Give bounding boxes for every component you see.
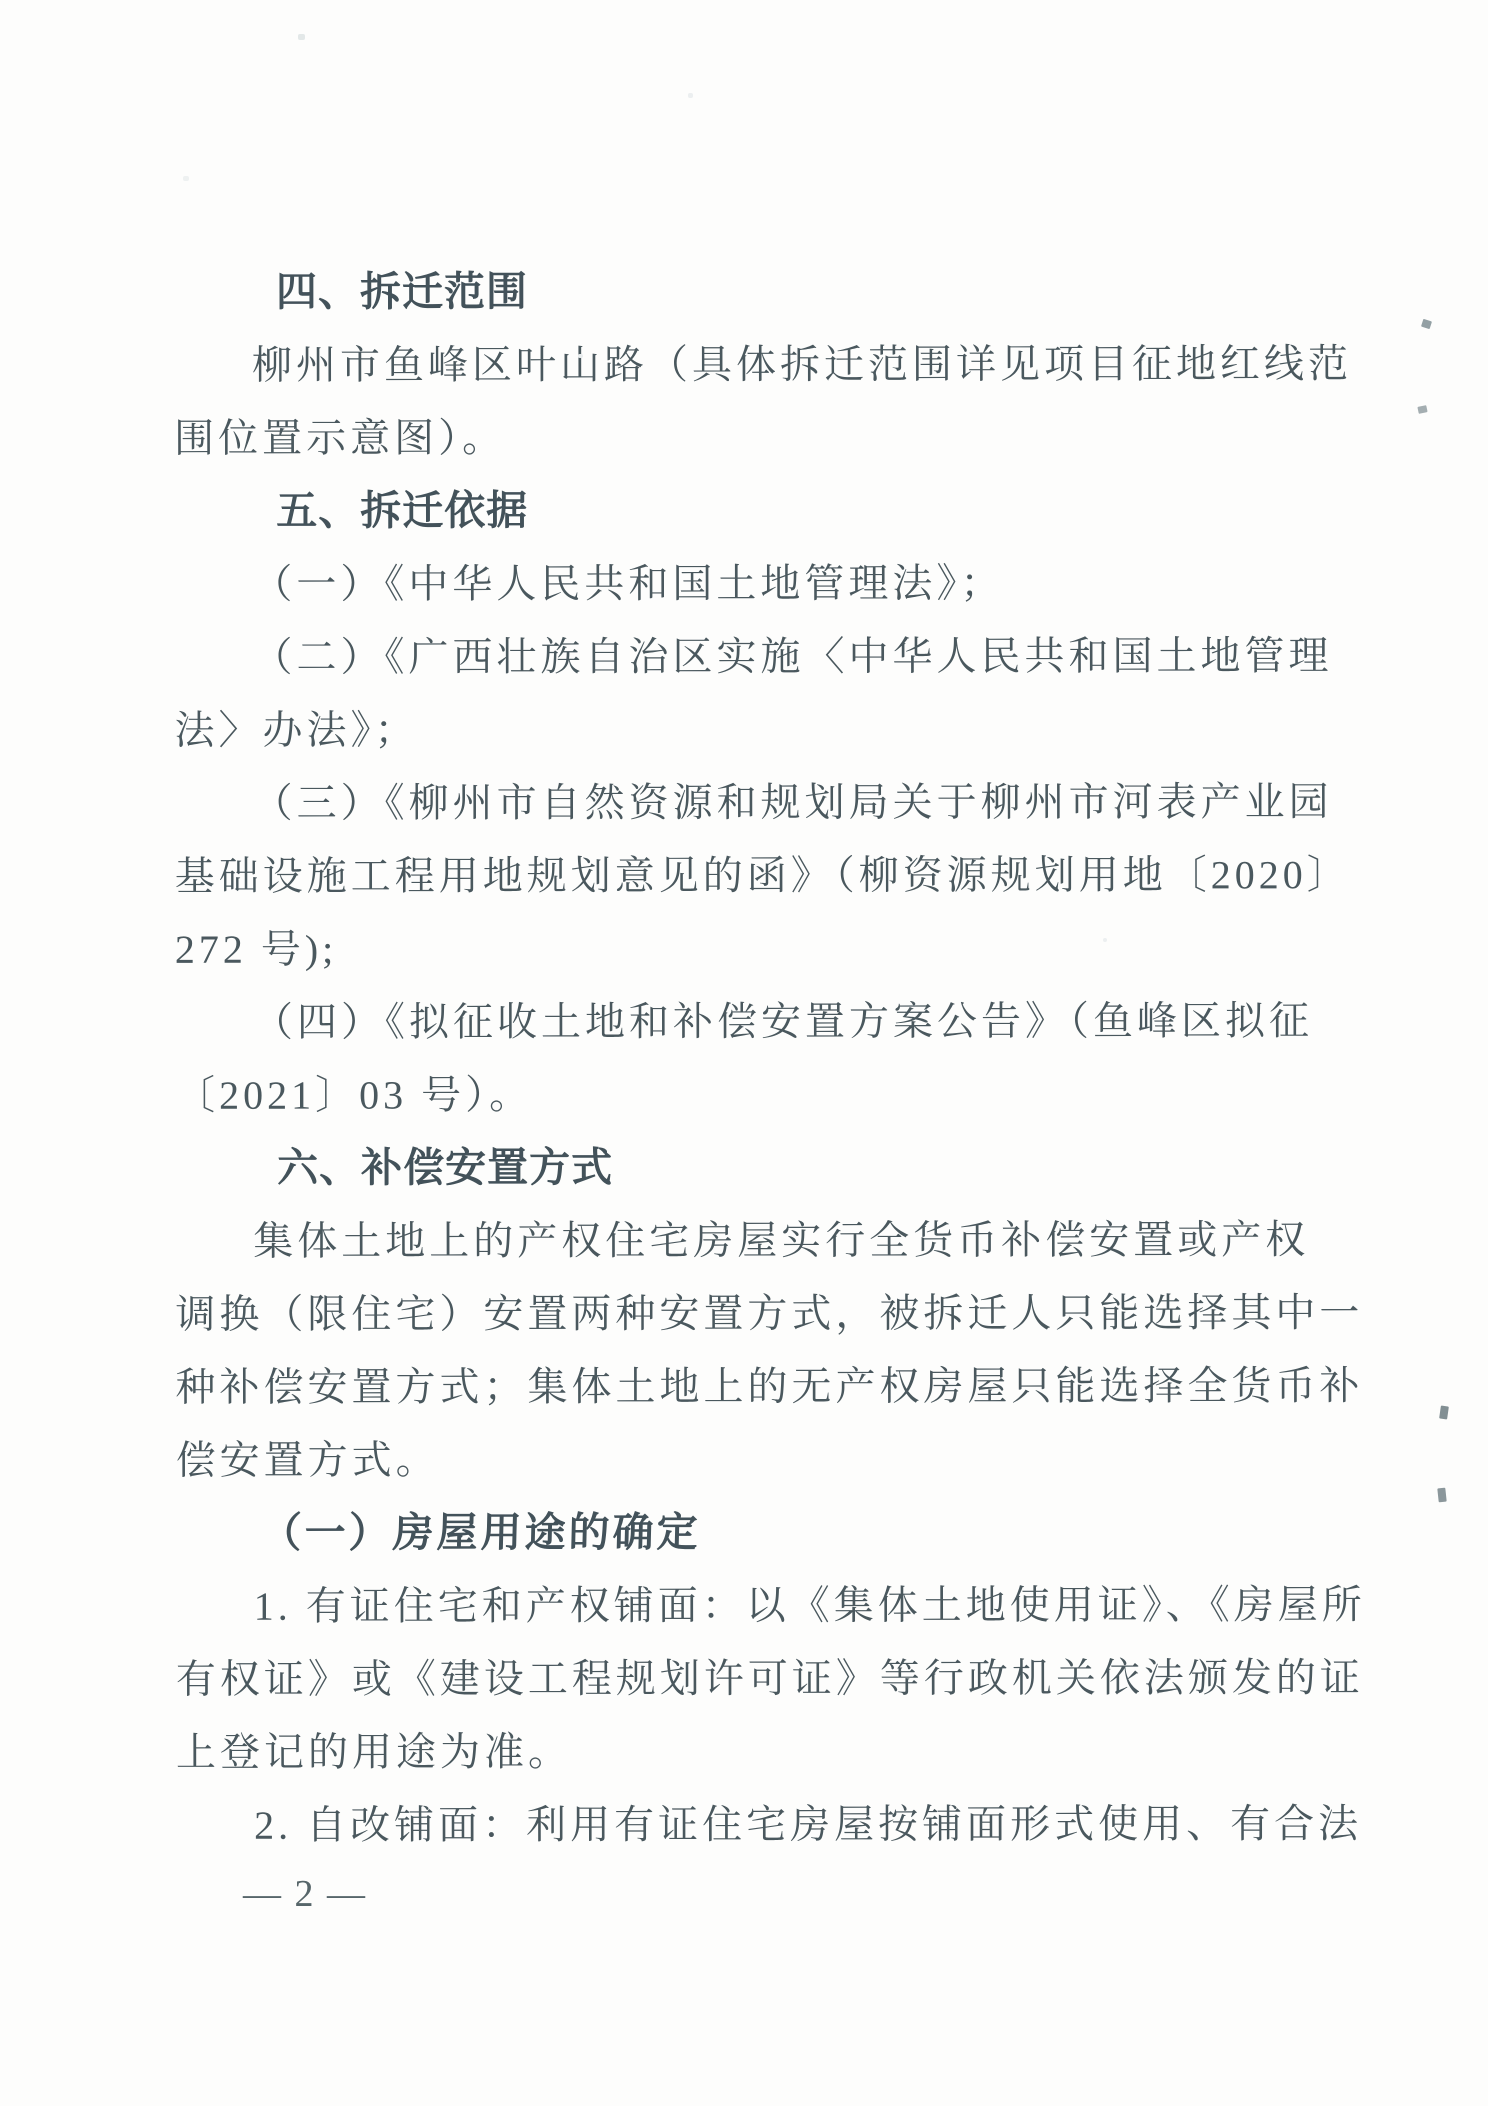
paragraph-basis-item-1: （一）《中华人民共和国土地管理法》； [174,546,1359,621]
text-line: 种补偿安置方式；集体土地上的无产权房屋只能选择全货币补 [175,1349,1360,1424]
text-line: 偿安置方式。 [176,1422,1361,1497]
section-heading-compensation-method: 六、补偿安置方式 [175,1130,1360,1205]
text-line: （四）《拟征收土地和补偿安置方案公告》（鱼峰区拟征 [175,984,1360,1059]
text-line: 柳州市鱼峰区叶山路（具体拆迁范围详见项目征地红线范 [174,327,1359,402]
paragraph-basis-item-2: （二）《广西壮族自治区实施〈中华人民共和国土地管理 法〉办法》； [174,619,1359,767]
text-line: 围位置示意图）。 [174,400,1359,475]
paragraph-compensation-method: 集体土地上的产权住宅房屋实行全货币补偿安置或产权 调换（限住宅）安置两种安置方式… [175,1203,1360,1497]
text-line: 1. 有证住宅和产权铺面：以《集体土地使用证》、《房屋所 [176,1568,1361,1643]
sub-heading-text: （一）房屋用途的确定 [176,1495,1363,1570]
document-content: 四、拆迁范围 柳州市鱼峰区叶山路（具体拆迁范围详见项目征地红线范 围位置示意图）… [174,254,1361,1862]
text-line: 272 号); [175,911,1360,986]
section-heading-demolition-scope: 四、拆迁范围 [174,254,1359,329]
text-line: 集体土地上的产权住宅房屋实行全货币补偿安置或产权 [175,1203,1360,1278]
scan-speck [183,176,189,181]
scan-speck [1437,1488,1446,1503]
scanned-document-page: 四、拆迁范围 柳州市鱼峰区叶山路（具体拆迁范围详见项目征地红线范 围位置示意图）… [0,0,1488,2106]
scan-speck [1421,319,1432,329]
text-line: 2. 自改铺面：利用有证住宅房屋按铺面形式使用、有合法 [176,1787,1361,1862]
heading-text: 四、拆迁范围 [174,254,1359,329]
sub-heading-house-usage-determination: （一）房屋用途的确定 [176,1495,1361,1570]
heading-text: 五、拆迁依据 [174,473,1359,548]
page-number: — 2 — [243,1872,367,1916]
scan-speck [688,93,693,98]
text-line: 有权证》或《建设工程规划许可证》等行政机关依法颁发的证 [176,1641,1361,1716]
paragraph-usage-item-1: 1. 有证住宅和产权铺面：以《集体土地使用证》、《房屋所 有权证》或《建设工程规… [176,1568,1361,1789]
paragraph-demolition-scope: 柳州市鱼峰区叶山路（具体拆迁范围详见项目征地红线范 围位置示意图）。 [174,327,1359,475]
text-line: （三）《柳州市自然资源和规划局关于柳州市河表产业园 [175,765,1360,840]
scan-speck [298,34,305,40]
text-line: 〔2021〕03 号）。 [175,1057,1360,1132]
text-line: 基础设施工程用地规划意见的函》（柳资源规划用地〔2020〕 [175,838,1360,913]
scan-speck [1439,1406,1449,1420]
text-line: （二）《广西壮族自治区实施〈中华人民共和国土地管理 [174,619,1359,694]
paragraph-basis-item-4: （四）《拟征收土地和补偿安置方案公告》（鱼峰区拟征 〔2021〕03 号）。 [175,984,1360,1132]
paragraph-usage-item-2: 2. 自改铺面：利用有证住宅房屋按铺面形式使用、有合法 [176,1787,1361,1862]
text-line: 上登记的用途为准。 [176,1714,1361,1789]
text-line: （一）《中华人民共和国土地管理法》； [174,546,1359,621]
text-line: 法〉办法》； [174,692,1359,767]
paragraph-basis-item-3: （三）《柳州市自然资源和规划局关于柳州市河表产业园 基础设施工程用地规划意见的函… [175,765,1360,986]
heading-text: 六、补偿安置方式 [175,1130,1360,1205]
scan-speck [1417,405,1427,414]
section-heading-demolition-basis: 五、拆迁依据 [174,473,1359,548]
text-line: 调换（限住宅）安置两种安置方式，被拆迁人只能选择其中一 [175,1276,1360,1351]
